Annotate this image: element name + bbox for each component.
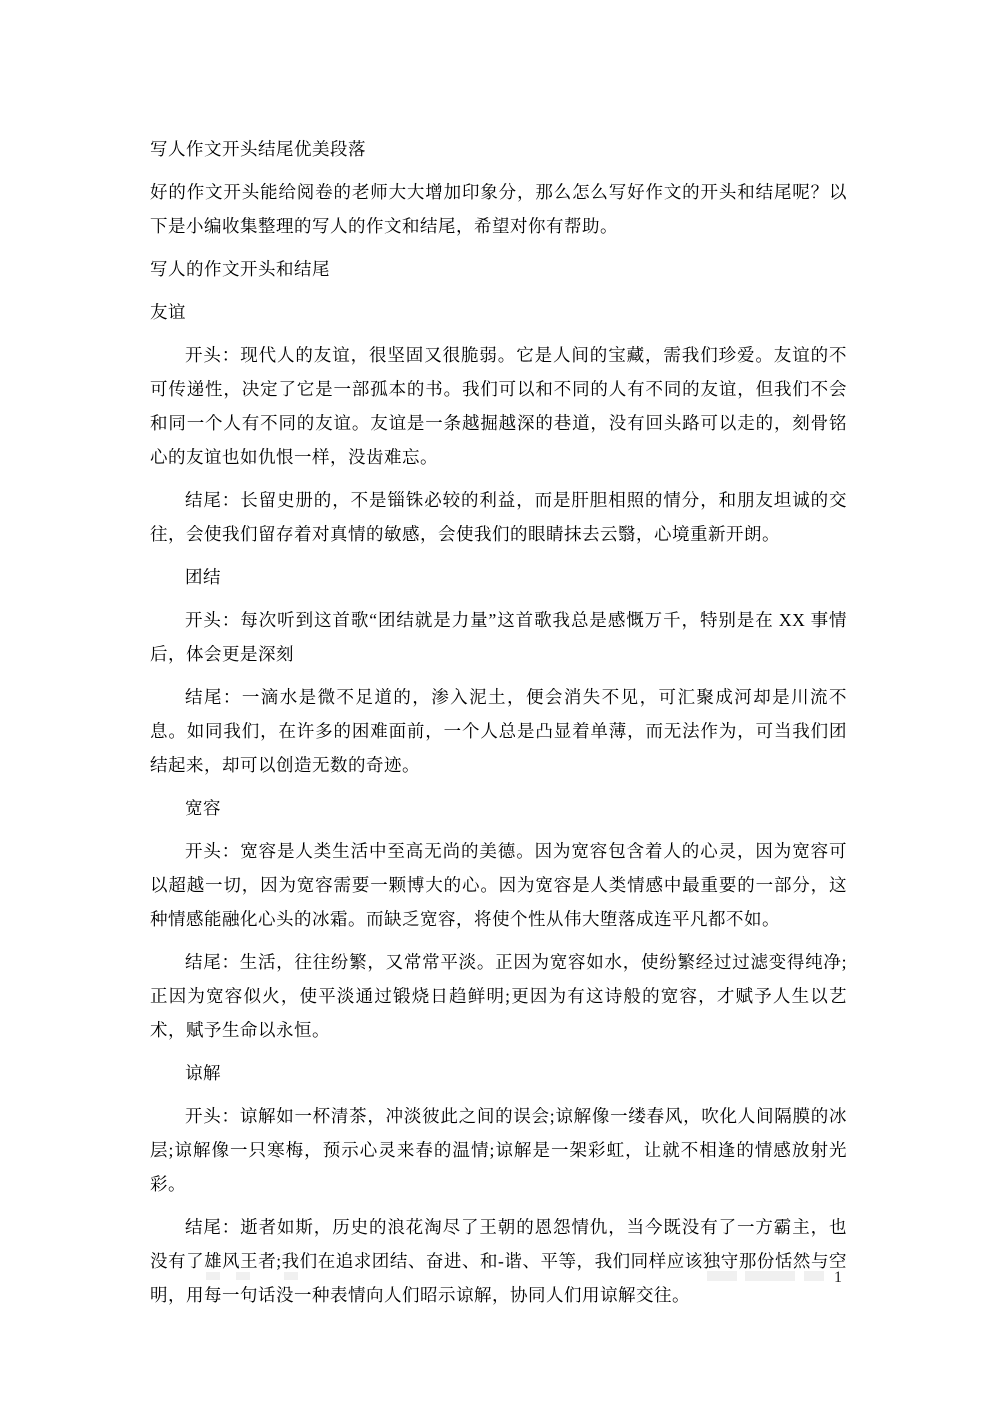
section-heading-friendship: 友谊	[150, 295, 847, 329]
intro-paragraph: 好的作文开头能给阅卷的老师大大增加印象分，那么怎么写好作文的开头和结尾呢？以下是…	[150, 175, 847, 243]
section-heading-understanding: 谅解	[150, 1056, 847, 1090]
document-content: 写人作文开头结尾优美段落 好的作文开头能给阅卷的老师大大增加印象分，那么怎么写好…	[150, 132, 847, 1321]
page-number: 1	[828, 1266, 848, 1290]
section-ending-friendship: 结尾：长留史册的，不是锱铢必较的利益，而是肝胆相照的情分，和朋友坦诚的交往，会使…	[150, 483, 847, 551]
section-ending-tolerance: 结尾：生活，往往纷繁，又常常平淡。正因为宽容如水，使纷繁经过过滤变得纯净;正因为…	[150, 945, 847, 1047]
watermark-fragment	[206, 1272, 220, 1280]
watermark-fragment	[745, 1271, 795, 1281]
section-heading-unity: 团结	[150, 560, 847, 594]
watermark-fragment	[707, 1271, 737, 1281]
document-title: 写人作文开头结尾优美段落	[150, 132, 847, 166]
section-opening-unity: 开头：每次听到这首歌“团结就是力量”这首歌我总是感慨万千，特别是在 XX 事情后…	[150, 603, 847, 671]
watermark-fragment	[284, 1272, 298, 1280]
section-opening-tolerance: 开头：宽容是人类生活中至高无尚的美德。因为宽容包含着人的心灵，因为宽容可以超越一…	[150, 834, 847, 936]
document-subtitle: 写人的作文开头和结尾	[150, 252, 847, 286]
section-opening-friendship: 开头：现代人的友谊，很坚固又很脆弱。它是人间的宝藏，需我们珍爱。友谊的不可传递性…	[150, 338, 847, 474]
document-page: 写人作文开头结尾优美段落 好的作文开头能给阅卷的老师大大增加印象分，那么怎么写好…	[0, 0, 993, 1404]
watermark-fragment	[236, 1272, 250, 1280]
section-ending-unity: 结尾：一滴水是微不足道的，渗入泥土，便会消失不见，可汇聚成河却是川流不息。如同我…	[150, 680, 847, 782]
section-ending-understanding: 结尾：逝者如斯，历史的浪花淘尽了王朝的恩怨情仇，当今既没有了一方霸主，也没有了雄…	[150, 1210, 847, 1312]
section-heading-tolerance: 宽容	[150, 791, 847, 825]
section-opening-understanding: 开头：谅解如一杯清茶，冲淡彼此之间的误会;谅解像一缕春风，吹化人间隔膜的冰层;谅…	[150, 1099, 847, 1201]
watermark-fragment	[804, 1271, 824, 1281]
